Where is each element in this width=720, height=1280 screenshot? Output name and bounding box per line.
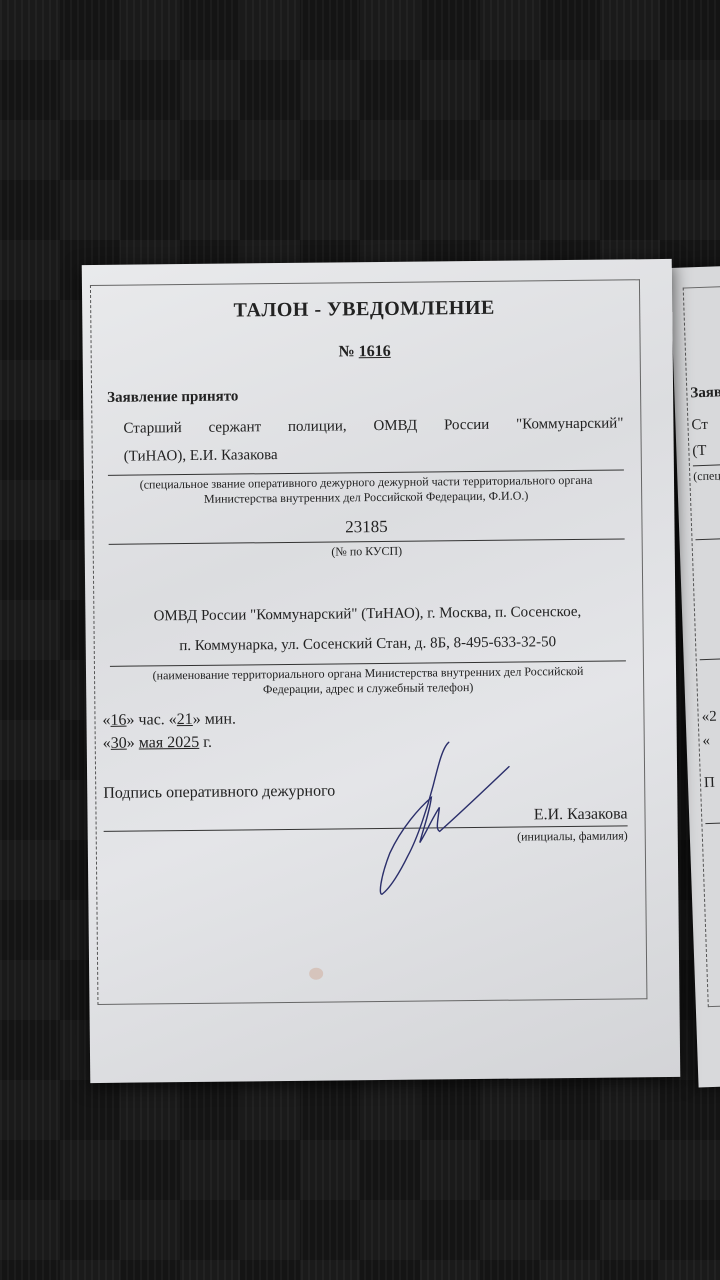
- second-sheet-fragment: «2: [701, 709, 717, 727]
- date-time-block: «16» час. «21» мин. «30» мая 2025 г.: [102, 703, 626, 754]
- second-sheet-fragment: Ст: [691, 417, 708, 435]
- second-sheet-fragment: (Т: [692, 443, 707, 460]
- document-content: ТАЛОН - УВЕДОМЛЕНИЕ № 1616 Заявление при…: [106, 287, 628, 848]
- number-sign: №: [339, 343, 355, 360]
- number-value: 1616: [359, 343, 391, 360]
- department-address: ОМВД России "Коммунарский" (ТиНАО), г. М…: [109, 596, 626, 661]
- second-sheet-fragment: «: [702, 733, 710, 750]
- signature-label: Подпись оперативного дежурного: [103, 779, 627, 802]
- date-line: «30» мая 2025 г.: [103, 726, 627, 754]
- minutes-label: мин.: [205, 711, 236, 728]
- second-sheet-fragment: П: [704, 775, 715, 792]
- paper-stain: [309, 968, 323, 980]
- officer-line-1: Старший сержант полиции, ОМВД России "Ко…: [123, 409, 623, 442]
- date-month-year: мая 2025: [139, 734, 200, 752]
- document-number: № 1616: [107, 340, 623, 363]
- second-sheet-fragment: Заяв: [690, 384, 720, 402]
- time-minutes: 21: [177, 711, 193, 728]
- hours-label: час.: [138, 711, 164, 728]
- date-suffix: г.: [203, 734, 212, 751]
- kusp-number: 23185: [108, 514, 624, 539]
- officer-caption: (специальное звание оперативного дежурно…: [108, 472, 624, 507]
- kusp-caption: (№ по КУСП): [109, 541, 625, 561]
- address-line-2: п. Коммунарка, ул. Сосенский Стан, д. 8Б…: [110, 626, 626, 661]
- receipt-notification-sheet: ТАЛОН - УВЕДОМЛЕНИЕ № 1616 Заявление при…: [82, 259, 681, 1083]
- document-title: ТАЛОН - УВЕДОМЛЕНИЕ: [106, 295, 622, 323]
- date-day: 30: [111, 735, 127, 752]
- officer-line-2: (ТиНАО), Е.И. Казакова: [124, 437, 624, 470]
- officer-info: Старший сержант полиции, ОМВД России "Ко…: [123, 409, 624, 470]
- handwritten-signature: [369, 737, 521, 899]
- accepted-heading: Заявление принято: [107, 384, 623, 406]
- second-sheet-fragment: (специ: [693, 468, 720, 484]
- address-caption: (наименование территориального органа Ми…: [110, 663, 626, 698]
- time-hours: 16: [110, 712, 126, 729]
- second-sheet-frame: [683, 268, 720, 1007]
